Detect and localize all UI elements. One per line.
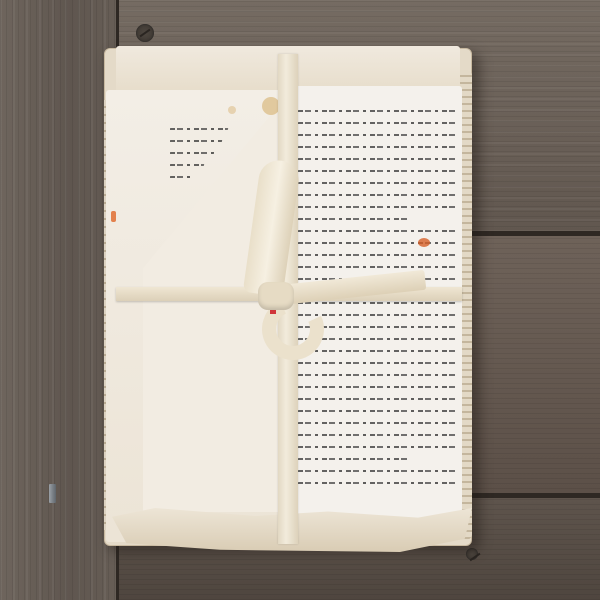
nail-icon <box>49 484 56 503</box>
bow-knot <box>258 282 294 310</box>
red-thread-mark <box>270 310 276 314</box>
screw-head-icon <box>136 24 154 42</box>
rust-stain <box>111 211 116 222</box>
wood-plank-left <box>0 0 118 600</box>
rust-stain <box>418 238 430 247</box>
water-stain <box>228 106 236 114</box>
handwriting-block <box>298 110 458 500</box>
photo-scene <box>0 0 600 600</box>
